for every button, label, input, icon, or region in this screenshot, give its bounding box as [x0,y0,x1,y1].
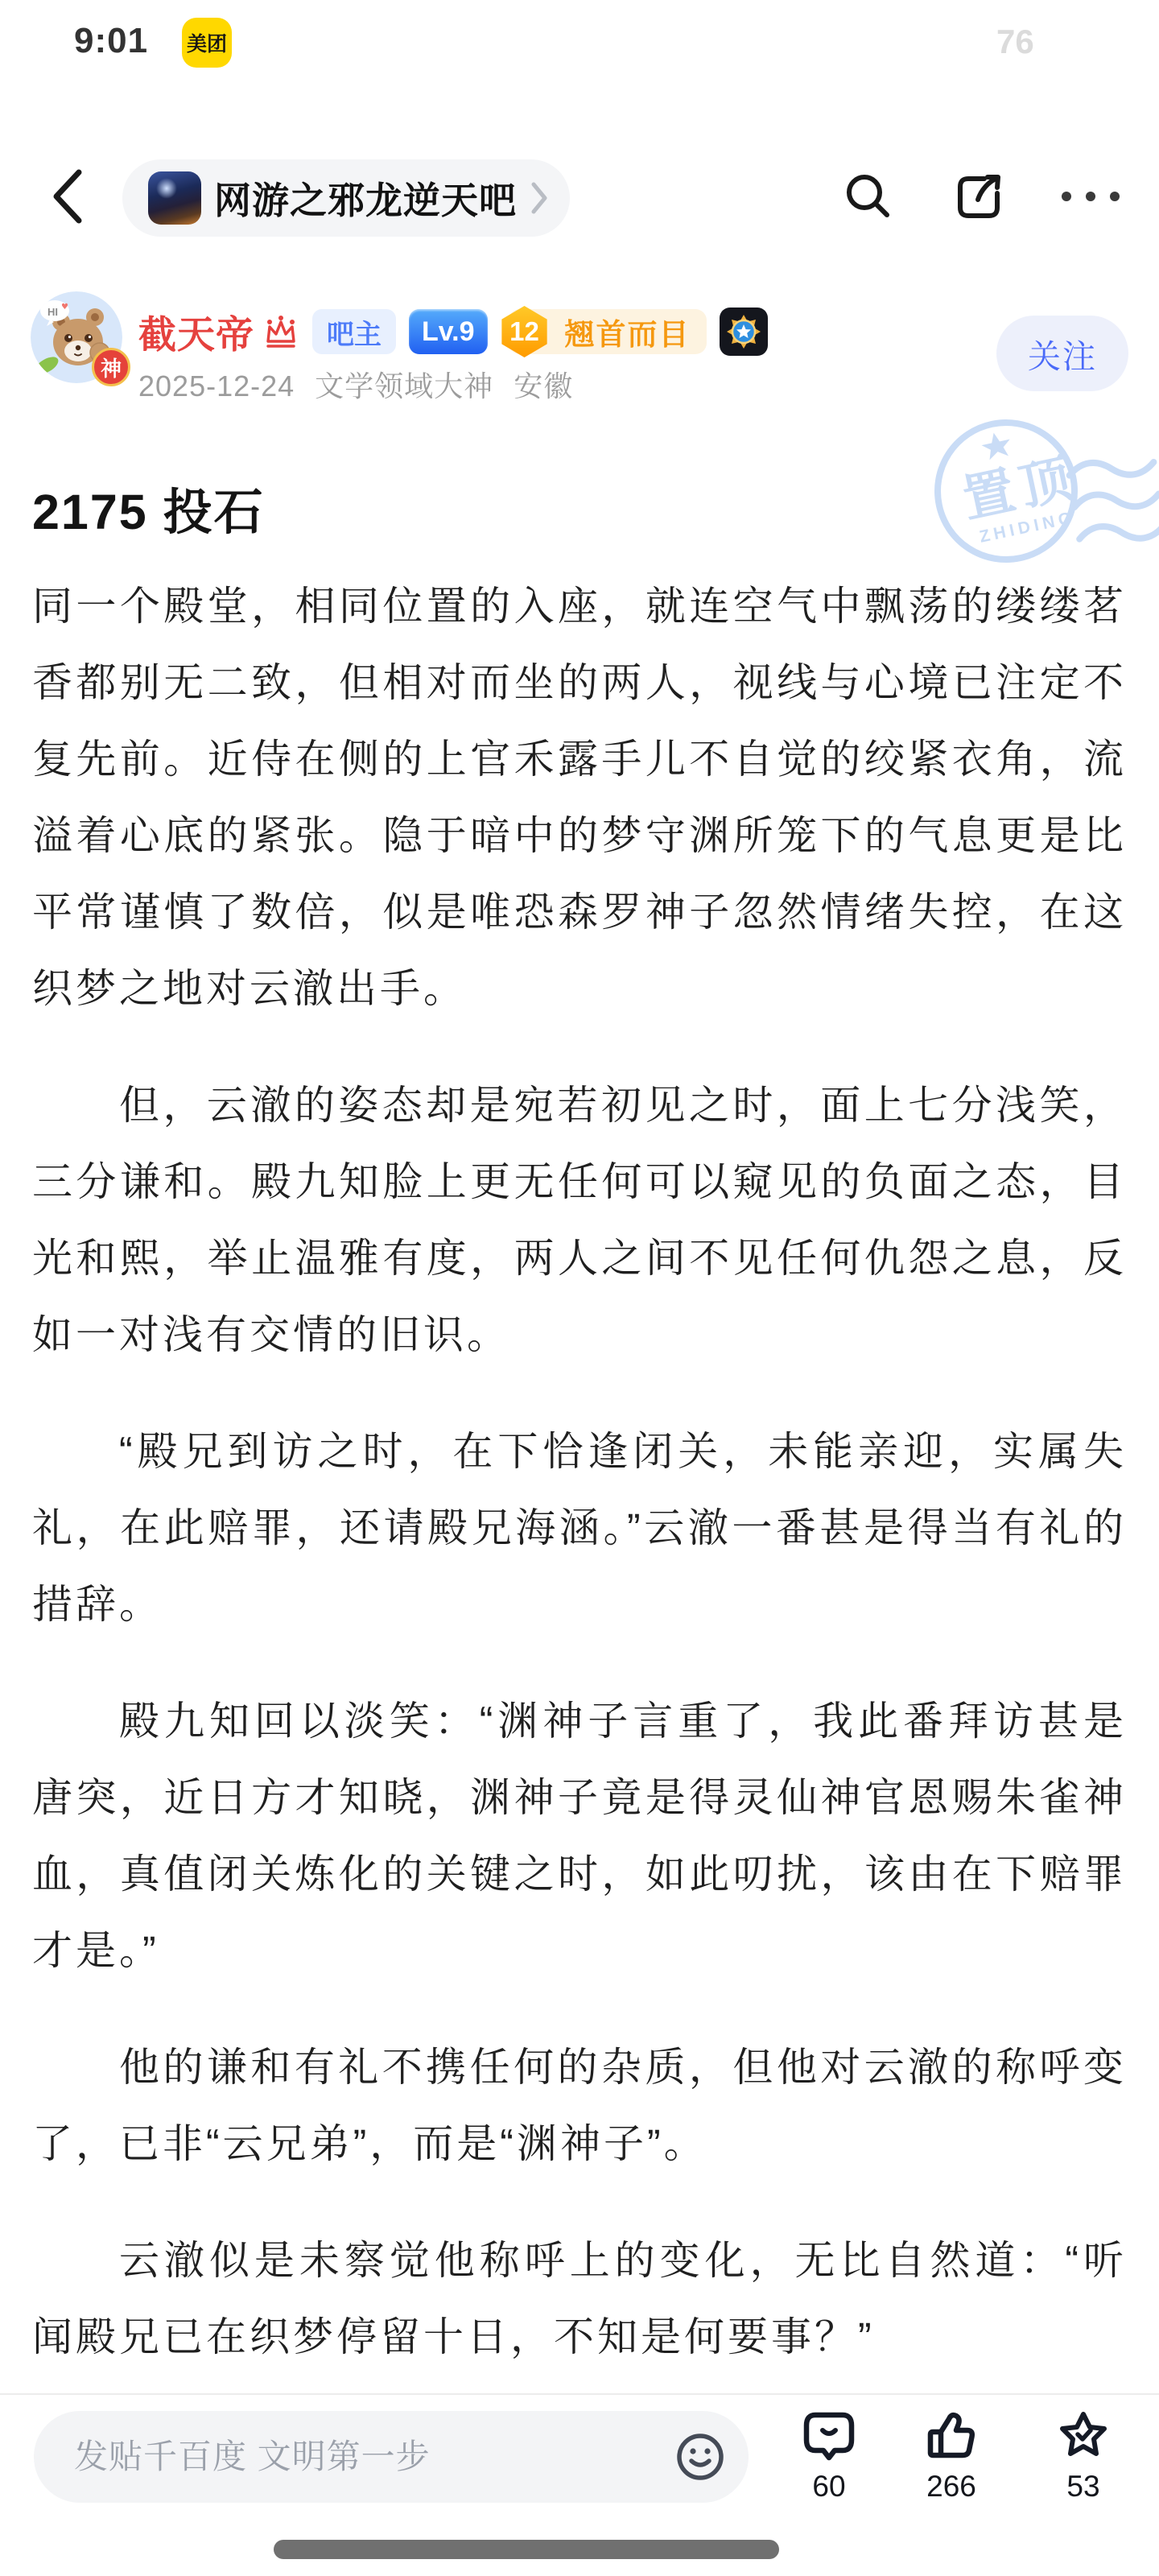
bottom-divider [0,2393,1159,2395]
like-action[interactable]: 266 [903,2409,1000,2504]
paragraph: 他的谦和有礼不携任何的杂质，但他对云澈的称呼变了，已非“云兄弟”，而是“渊神子”… [32,2029,1127,2182]
svg-text:HI: HI [47,306,58,318]
level-badge: Lv.9 [409,309,488,354]
share-button[interactable] [951,166,1008,230]
comment-input[interactable] [74,2438,674,2476]
author-name-row: 截天帝 吧主 Lv.9 12 翘首而目 [138,306,768,357]
forum-avatar [148,171,201,225]
like-count: 266 [926,2470,976,2504]
post-body: 同一个殿堂，相同位置的入座，就连空气中飘荡的缕缕茗香都别无二致，但相对而坐的两人… [32,568,1127,2416]
post-date: 2025-12-24 [138,369,295,402]
forum-name: 网游之邪龙逆天吧 [214,171,517,225]
avatar-god-badge: 神 [92,348,130,386]
comment-bubble-icon [801,2409,857,2467]
comment-composer[interactable] [34,2411,749,2503]
honor-badge: 12 翘首而目 [509,309,707,354]
gesture-bar[interactable] [274,2540,779,2559]
svg-text:ZHIDING: ZHIDING [978,508,1077,547]
more-button[interactable] [1062,166,1119,230]
author-name[interactable]: 截天帝 [138,305,254,359]
favorite-action[interactable]: 53 [1035,2409,1132,2504]
comment-count: 60 [812,2470,845,2504]
author-tag: 文学领域大神 [315,369,493,402]
paragraph: 云澈似是未察觉他称呼上的变化，无比自然道：“听闻殿兄已在织梦停留十日，不知是何要… [32,2223,1127,2376]
honor-title: 翘首而目 [565,310,691,353]
post-meta: 2025-12-24 文学领域大神 安徽 [138,364,584,405]
share-icon [952,169,1007,228]
post-title: 2175 投石 [32,473,265,543]
author-location: 安徽 [514,369,573,402]
pinned-stamp: 置顶 ZHIDING [914,411,1159,573]
forum-entry-pill[interactable]: 网游之邪龙逆天吧 [122,159,570,237]
stamp-label-glyph: 置顶 [958,448,1083,528]
paragraph: 但，云澈的姿态却是宛若初见之时，面上七分浅笑，三分谦和。殿九知脸上更无任何可以窥… [32,1067,1127,1373]
meituan-notification-badge: 美团 [182,18,232,68]
crown-icon [262,314,299,349]
nav-actions [840,166,1119,230]
search-icon [842,170,895,227]
favorite-count: 53 [1066,2470,1099,2504]
status-time: 9:01 [74,21,148,61]
battery-level: 76 [996,23,1034,61]
search-button[interactable] [840,166,897,230]
comment-action[interactable]: 60 [781,2409,877,2504]
tieba-post-screen: 9:01 美团 76 网游之邪龙逆天吧 [0,0,1159,2576]
emoji-button[interactable] [674,2431,726,2483]
follow-button[interactable]: 关注 [996,316,1128,391]
more-dots-icon [1059,188,1122,208]
back-button[interactable] [42,164,93,232]
honor-level-hexagon: 12 [499,306,551,357]
thumbs-up-icon [923,2409,980,2467]
paragraph: 同一个殿堂，相同位置的入座，就连空气中飘荡的缕缕茗香都别无二致，但相对而坐的两人… [32,568,1127,1027]
paragraph: 殿九知回以淡笑：“渊神子言重了，我此番拜访甚是唐突，近日方才知晓，渊神子竟是得灵… [32,1683,1127,1989]
paragraph: “殿兄到访之时，在下恰逢闭关，未能亲迎，实属失礼，在此赔罪，还请殿兄海涵。”云澈… [32,1414,1127,1643]
star-medal-icon [720,308,768,356]
chevron-left-icon [50,167,85,229]
svg-text:♥: ♥ [61,303,68,312]
moderator-badge: 吧主 [312,309,396,354]
star-check-icon [1055,2409,1112,2467]
chevron-right-icon [530,181,549,215]
author-avatar[interactable]: HI ♥ 神 [31,291,122,383]
